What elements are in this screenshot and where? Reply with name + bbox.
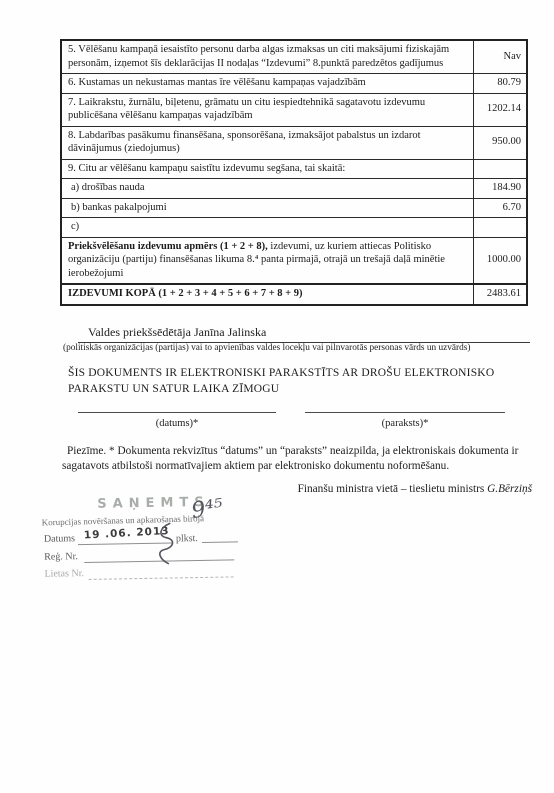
- received-stamp: SAŅEMTS Korupcijas novēršanas un apkaroš…: [39, 494, 246, 593]
- row-value: 2483.61: [473, 284, 527, 305]
- table-row-total: IZDEVUMI KOPĀ (1 + 2 + 3 + 4 + 5 + 6 + 7…: [61, 284, 527, 305]
- row-label: 9. Citu ar vēlēšanu kampaņu saistītu izd…: [61, 159, 473, 179]
- row-label: 8. Labdarības pasākumu finansēšana, spon…: [61, 126, 473, 159]
- table-row: c): [61, 218, 527, 238]
- table-row: 7. Laikrakstu, žurnālu, biļetenu, grāmat…: [61, 93, 527, 126]
- row-value: 184.90: [473, 179, 527, 199]
- handwritten-flourish: [150, 521, 185, 566]
- row-label: a) drošības nauda: [61, 179, 473, 199]
- table-row: 5. Vēlēšanu kampaņā iesaistīto personu d…: [61, 40, 527, 74]
- table-row: Priekšvēlēšanu izdevumu apmērs (1 + 2 + …: [61, 237, 527, 284]
- minister-name: G.Bērziņš: [487, 483, 532, 495]
- table-row: a) drošības nauda 184.90: [61, 179, 527, 199]
- stamp-reg-label: Reģ. Nr.: [44, 551, 78, 563]
- stamp-file-label: Lietas Nr.: [44, 568, 84, 580]
- row-label-bold: Priekšvēlēšanu izdevumu apmērs (1 + 2 + …: [68, 241, 268, 252]
- row-label: 6. Kustamas un nekustamas mantas īre vēl…: [61, 74, 473, 94]
- stamp-date-label: Datums: [44, 533, 75, 545]
- row-value: 80.79: [473, 74, 527, 94]
- table-row: 8. Labdarības pasākumu finansēšana, spon…: [61, 126, 527, 159]
- footnote: Piezīme. * Dokumenta rekvizītus “datums”…: [62, 444, 532, 474]
- row-label: 7. Laikrakstu, žurnālu, biļetenu, grāmat…: [61, 93, 473, 126]
- row-value: 1202.14: [473, 93, 527, 126]
- table-row: 6. Kustamas un nekustamas mantas īre vēl…: [61, 74, 527, 94]
- row-value: Nav: [473, 40, 527, 74]
- row-label: 5. Vēlēšanu kampaņā iesaistīto personu d…: [61, 40, 473, 74]
- electronic-signature-statement: ŠIS DOKUMENTS IR ELEKTRONISKI PARAKSTĪTS…: [68, 366, 500, 397]
- date-signature-line: (datums)*: [78, 412, 276, 431]
- signature-label: (paraksts)*: [382, 418, 429, 429]
- row-value: 1000.00: [473, 237, 527, 284]
- stamp-time-rule: [202, 530, 238, 543]
- row-label: IZDEVUMI KOPĀ (1 + 2 + 3 + 4 + 5 + 6 + 7…: [61, 284, 473, 305]
- handwritten-time: 9⁴⁵: [190, 495, 225, 524]
- signature-line: (paraksts)*: [305, 412, 505, 431]
- expense-table: 5. Vēlēšanu kampaņā iesaistīto personu d…: [60, 39, 528, 306]
- minister-title: Finanšu ministra vietā – tieslietu minis…: [298, 483, 488, 495]
- table-row: 9. Citu ar vēlēšanu kampaņu saistītu izd…: [61, 159, 527, 179]
- document-page: 5. Vēlēšanu kampaņā iesaistīto personu d…: [0, 0, 554, 793]
- row-label: Priekšvēlēšanu izdevumu apmērs (1 + 2 + …: [61, 237, 473, 284]
- signatory-name-line: Valdes priekšsēdētāja Janīna Jalinska: [78, 325, 530, 343]
- row-value: 6.70: [473, 198, 527, 218]
- table-row: b) bankas pakalpojumi 6.70: [61, 198, 527, 218]
- row-value: [473, 218, 527, 238]
- minister-attribution: Finanšu ministra vietā – tieslietu minis…: [298, 483, 532, 495]
- signatory-name: Valdes priekšsēdētāja Janīna Jalinska: [88, 325, 266, 339]
- row-label: c): [61, 218, 473, 238]
- row-value: [473, 159, 527, 179]
- stamp-file-rule: [88, 565, 233, 580]
- signatory-caption: (politiskās organizācijas (partijas) vai…: [63, 343, 470, 353]
- date-label: (datums)*: [156, 418, 199, 429]
- row-label: b) bankas pakalpojumi: [61, 198, 473, 218]
- row-value: 950.00: [473, 126, 527, 159]
